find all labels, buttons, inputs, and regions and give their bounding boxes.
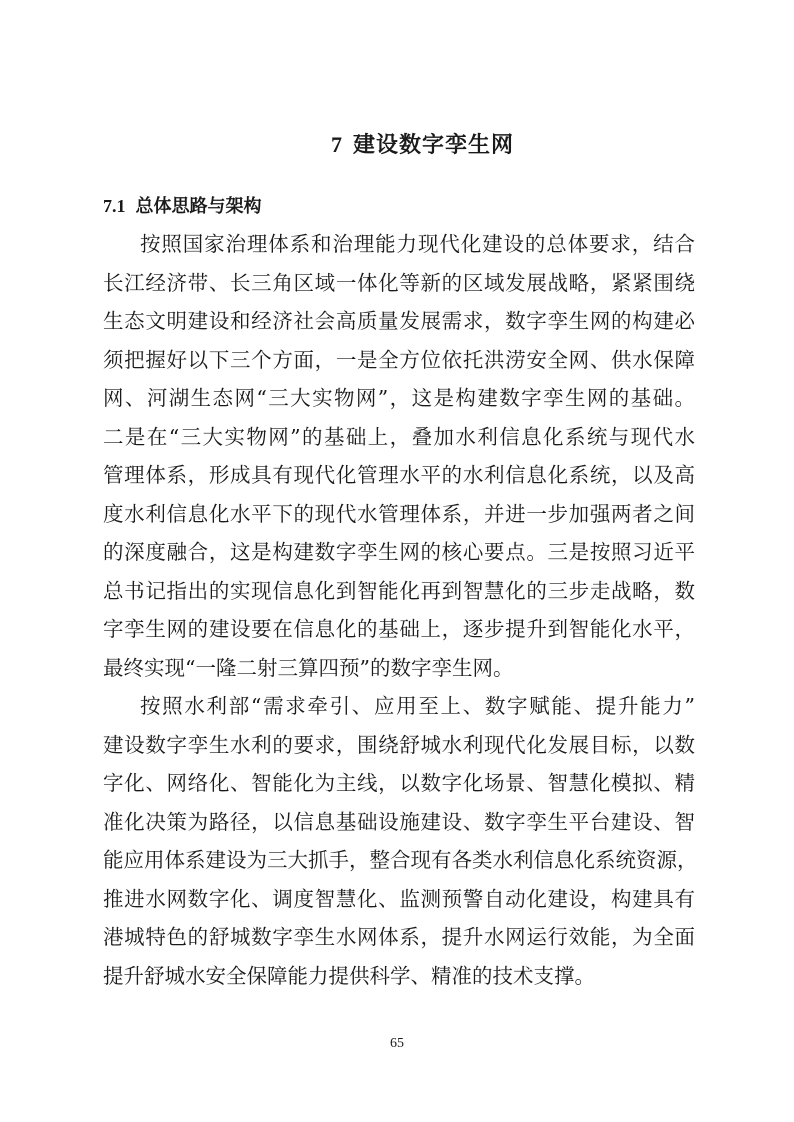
- text-line: 字孪生网的建设要在信息化的基础上，逐步提升到智能化水平，: [103, 610, 695, 649]
- text-line: 生态文明建设和经济社会高质量发展需求，数字孪生网的构建必: [103, 302, 695, 341]
- text-line: 准化决策为路径，以信息基础设施建设、数字孪生平台建设、智: [103, 803, 695, 842]
- paragraph-1: 按照国家治理体系和治理能力现代化建设的总体要求，结合 长江经济带、长三角区域一体…: [103, 225, 695, 687]
- text-line: 提升舒城水安全保障能力提供科学、精准的技术支撑。: [103, 957, 695, 996]
- section-number: 7.1: [103, 196, 126, 216]
- text-line: 推进水网数字化、调度智慧化、监测预警自动化建设，构建具有: [103, 880, 695, 919]
- text-line: 按照国家治理体系和治理能力现代化建设的总体要求，结合: [103, 225, 695, 264]
- text-line: 港城特色的舒城数字孪生水网体系，提升水网运行效能，为全面: [103, 918, 695, 957]
- text-line: 能应用体系建设为三大抓手，整合现有各类水利信息化系统资源，: [103, 841, 695, 880]
- page-number: 65: [0, 1036, 794, 1052]
- text-line: 长江经济带、长三角区域一体化等新的区域发展战略，紧紧围绕: [103, 264, 695, 303]
- text-line: 总书记指出的实现信息化到智能化再到智慧化的三步走战略，数: [103, 572, 695, 611]
- section-title-text: 总体思路与架构: [136, 196, 262, 217]
- text-line: 最终实现“一隆二射三算四预”的数字孪生网。: [103, 649, 695, 688]
- text-line: 管理体系，形成具有现代化管理水平的水利信息化系统，以及高: [103, 456, 695, 495]
- text-line: 按照水利部“需求牵引、应用至上、数字赋能、提升能力”: [103, 687, 695, 726]
- chapter-title-text: 建设数字孪生网: [353, 132, 514, 157]
- text-line: 须把握好以下三个方面，一是全方位依托洪涝安全网、供水保障: [103, 341, 695, 380]
- paragraph-2: 按照水利部“需求牵引、应用至上、数字赋能、提升能力” 建设数字孪生水利的要求，围…: [103, 687, 695, 995]
- text-line: 二是在“三大实物网”的基础上，叠加水利信息化系统与现代水: [103, 418, 695, 457]
- text-line: 建设数字孪生水利的要求，围绕舒城水利现代化发展目标，以数: [103, 726, 695, 765]
- chapter-title: 7建设数字孪生网: [0, 128, 794, 159]
- text-line: 网、河湖生态网“三大实物网”，这是构建数字孪生网的基础。: [103, 379, 695, 418]
- section-title: 7.1总体思路与架构: [103, 192, 262, 218]
- chapter-number: 7: [331, 132, 343, 157]
- text-line: 字化、网络化、智能化为主线，以数字化场景、智慧化模拟、精: [103, 764, 695, 803]
- text-line: 度水利信息化水平下的现代水管理体系，并进一步加强两者之间: [103, 495, 695, 534]
- text-line: 的深度融合，这是构建数字孪生网的核心要点。三是按照习近平: [103, 533, 695, 572]
